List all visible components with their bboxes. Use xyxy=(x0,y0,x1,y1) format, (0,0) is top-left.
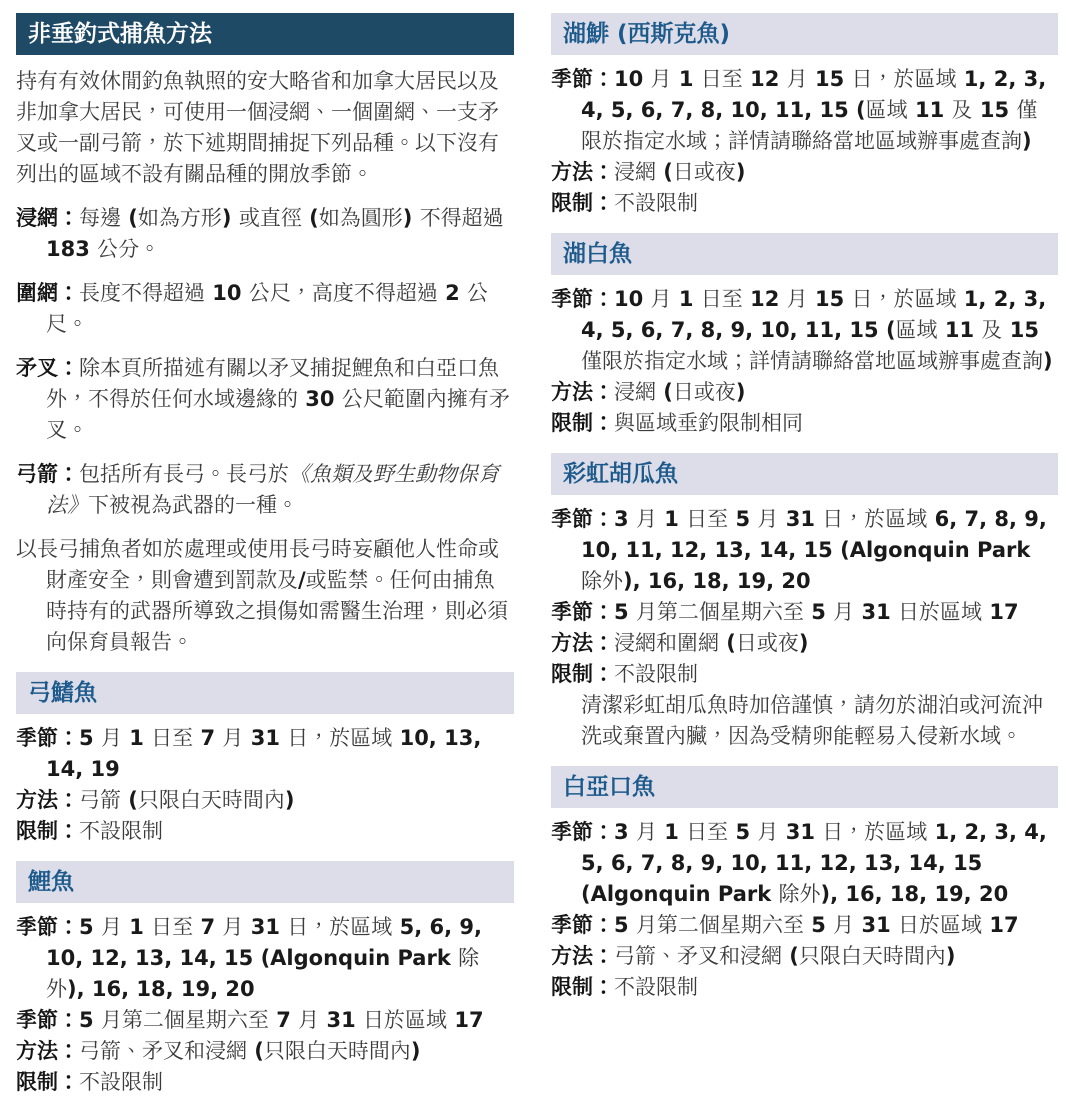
species-header: 弓鰭魚 xyxy=(16,672,514,714)
species-name: 湖白魚 xyxy=(563,241,632,267)
species-row-season-2: 季節：5 月第二個星期六至 5 月 31 日於區域 17 xyxy=(551,597,1058,628)
species-row-limit: 限制：不設限制 xyxy=(16,816,514,847)
species-row-method: 方法：弓箭、矛叉和浸網 (只限白天時間內) xyxy=(16,1036,514,1067)
species-row-limit: 限制：不設限制 xyxy=(551,188,1058,219)
species-row-method: 方法：浸網 (日或夜) xyxy=(551,157,1058,188)
species-header: 鯉魚 xyxy=(16,861,514,903)
species-row-season: 季節：5 月 1 日至 7 月 31 日，於區域 10, 13, 14, 19 xyxy=(16,723,514,785)
species-section-lake-whitefish: 湖白魚 季節：10 月 1 日至 12 月 15 日，於區域 1, 2, 3, … xyxy=(551,233,1058,439)
species-row-season: 季節：10 月 1 日至 12 月 15 日，於區域 1, 2, 3, 4, 5… xyxy=(551,64,1058,157)
species-name: 彩虹胡瓜魚 xyxy=(563,461,678,487)
document-page: 非垂釣式捕魚方法 持有有效休閒釣魚執照的安大略省和加拿大居民以及非加拿大居民，可… xyxy=(0,0,1080,1098)
method-label: 浸網： xyxy=(16,206,79,230)
species-row-limit: 限制：與區域垂釣限制相同 xyxy=(551,408,1058,439)
method-def-seine-net: 圍網：長度不得超過 10 公尺，高度不得超過 2 公尺。 xyxy=(16,278,514,340)
species-row-limit: 限制：不設限制 xyxy=(551,972,1058,1003)
method-label: 矛叉： xyxy=(16,356,79,380)
species-name: 弓鰭魚 xyxy=(28,680,97,706)
species-row-method: 方法：浸網 (日或夜) xyxy=(551,377,1058,408)
method-def-bow-arrow: 弓箭：包括所有長弓。長弓於《魚類及野生動物保育法》下被視為武器的一種。 xyxy=(16,459,514,521)
method-text-suffix: 下被視為武器的一種。 xyxy=(88,493,298,517)
right-column: 湖鯡 (西斯克魚) 季節：10 月 1 日至 12 月 15 日，於區域 1, … xyxy=(551,13,1058,1098)
species-section-carp: 鯉魚 季節：5 月 1 日至 7 月 31 日，於區域 5, 6, 9, 10,… xyxy=(16,861,514,1098)
species-name: 鯉魚 xyxy=(28,869,74,895)
intro-paragraph: 持有有效休閒釣魚執照的安大略省和加拿大居民以及非加拿大居民，可使用一個浸網、一個… xyxy=(16,66,514,190)
main-section-header: 非垂釣式捕魚方法 xyxy=(16,13,514,55)
species-row-season-2: 季節：5 月第二個星期六至 7 月 31 日於區域 17 xyxy=(16,1005,514,1036)
species-section-bowfin: 弓鰭魚 季節：5 月 1 日至 7 月 31 日，於區域 10, 13, 14,… xyxy=(16,672,514,847)
species-name: 白亞口魚 xyxy=(563,774,655,800)
species-header: 白亞口魚 xyxy=(551,766,1058,808)
species-header: 湖鯡 (西斯克魚) xyxy=(551,13,1058,55)
species-cleaning-note: 清潔彩虹胡瓜魚時加倍謹慎，請勿於湖泊或河流沖洗或棄置內臟，因為受精卵能輕易入侵新… xyxy=(551,690,1058,752)
species-row-limit: 限制：不設限制 xyxy=(16,1067,514,1098)
species-row-limit: 限制：不設限制 xyxy=(551,659,1058,690)
method-label: 弓箭： xyxy=(16,462,79,486)
method-text: 長度不得超過 10 公尺，高度不得超過 2 公尺。 xyxy=(46,281,488,336)
left-column: 非垂釣式捕魚方法 持有有效休閒釣魚執照的安大略省和加拿大居民以及非加拿大居民，可… xyxy=(16,13,514,1098)
species-row-season: 季節：10 月 1 日至 12 月 15 日，於區域 1, 2, 3, 4, 5… xyxy=(551,284,1058,377)
method-text: 除本頁所描述有關以矛叉捕捉鯉魚和白亞口魚外，不得於任何水域邊緣的 30 公尺範圍… xyxy=(46,356,510,442)
species-row-method: 方法：弓箭 (只限白天時間內) xyxy=(16,785,514,816)
method-text-prefix: 包括所有長弓。長弓於 xyxy=(79,462,289,486)
species-section-lake-herring: 湖鯡 (西斯克魚) 季節：10 月 1 日至 12 月 15 日，於區域 1, … xyxy=(551,13,1058,219)
longbow-warning-paragraph: 以長弓捕魚者如於處理或使用長弓時妄顧他人性命或財產安全，則會遭到罰款及/或監禁。… xyxy=(16,534,514,658)
species-row-season: 季節：3 月 1 日至 5 月 31 日，於區域 1, 2, 3, 4, 5, … xyxy=(551,817,1058,910)
method-def-spear: 矛叉：除本頁所描述有關以矛叉捕捉鯉魚和白亞口魚外，不得於任何水域邊緣的 30 公… xyxy=(16,353,514,446)
method-text: 每邊 (如為方形) 或直徑 (如為圓形) 不得超過 183 公分。 xyxy=(46,206,504,261)
species-section-white-sucker: 白亞口魚 季節：3 月 1 日至 5 月 31 日，於區域 1, 2, 3, 4… xyxy=(551,766,1058,1003)
species-row-season: 季節：5 月 1 日至 7 月 31 日，於區域 5, 6, 9, 10, 12… xyxy=(16,912,514,1005)
species-header: 彩虹胡瓜魚 xyxy=(551,453,1058,495)
species-row-season: 季節：3 月 1 日至 5 月 31 日，於區域 6, 7, 8, 9, 10,… xyxy=(551,504,1058,597)
species-row-method: 方法：浸網和圍網 (日或夜) xyxy=(551,628,1058,659)
method-label: 圍網： xyxy=(16,281,79,305)
species-name: 湖鯡 (西斯克魚) xyxy=(563,21,730,47)
species-section-rainbow-smelt: 彩虹胡瓜魚 季節：3 月 1 日至 5 月 31 日，於區域 6, 7, 8, … xyxy=(551,453,1058,752)
species-row-season-2: 季節：5 月第二個星期六至 5 月 31 日於區域 17 xyxy=(551,910,1058,941)
species-row-method: 方法：弓箭、矛叉和浸網 (只限白天時間內) xyxy=(551,941,1058,972)
main-section-title: 非垂釣式捕魚方法 xyxy=(28,21,212,47)
method-def-dip-net: 浸網：每邊 (如為方形) 或直徑 (如為圓形) 不得超過 183 公分。 xyxy=(16,203,514,265)
species-header: 湖白魚 xyxy=(551,233,1058,275)
